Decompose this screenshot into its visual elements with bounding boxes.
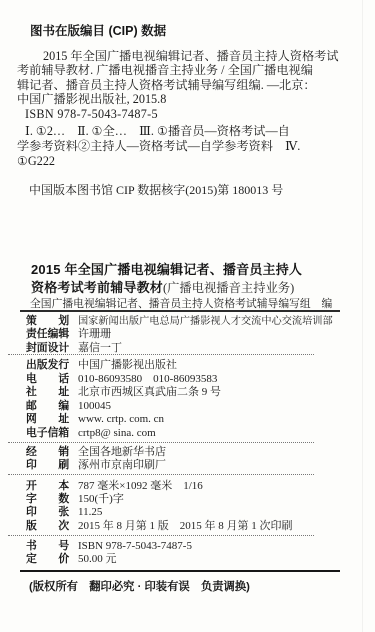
cip-description: 2015 年全国广播电视编辑记者、播音员主持人资格考试 考前辅导教材. 广播电视… — [17, 49, 349, 121]
credit-row-email: 电子信箱 crtp8@ sina. com — [26, 427, 356, 441]
cip-classification-line: ①G222 — [17, 154, 349, 169]
copyright-notice: (版权所有 翻印必究 · 印装有误 负责调换) — [29, 578, 250, 594]
credit-label: 封面设计 — [26, 342, 70, 355]
credit-row-price: 定 价 50.00 元 — [26, 553, 356, 566]
credit-row-publisher: 出版发行 中国广播影视出版社 — [26, 359, 356, 373]
credit-row-book-number: 书 号 ISBN 978-7-5043-7487-5 — [26, 540, 356, 553]
credit-label: 社 址 — [26, 386, 70, 400]
cip-description-line: 中国广播影视出版社, 2015.8 — [17, 92, 349, 106]
credit-value: 787 毫米×1092 毫米 1/16 — [78, 480, 203, 493]
cip-registry-number: 中国版本图书馆 CIP 数据核字(2015)第 180013 号 — [29, 181, 283, 198]
credit-value: 涿州市京南印刷厂 — [78, 459, 166, 472]
credit-row-postcode: 邮 编 100045 — [26, 400, 356, 414]
credit-value: 嘉信一丁 — [78, 342, 122, 355]
cip-heading: 图书在版编目 (CIP) 数据 — [30, 21, 166, 39]
credit-label: 定 价 — [26, 553, 70, 566]
copyright-page: 图书在版编目 (CIP) 数据 2015 年全国广播电视编辑记者、播音员主持人资… — [0, 0, 375, 632]
credit-value: crtp8@ sina. com — [78, 427, 156, 441]
credit-label: 策 划 — [26, 315, 70, 328]
credit-value: 010-86093580 010-86093583 — [78, 373, 217, 387]
credit-value: 国家新闻出版广电总局广播影视人才交流中心交流培训部 — [78, 315, 333, 328]
credits-group-publisher: 出版发行 中国广播影视出版社 电 话 010-86093580 010-8609… — [26, 359, 356, 440]
credit-value: www. crtp. com. cn — [78, 413, 164, 427]
cip-description-line: 2015 年全国广播电视编辑记者、播音员主持人资格考试 — [17, 49, 349, 63]
credit-row-editor: 责任编辑 许珊珊 — [26, 328, 356, 341]
credit-label: 责任编辑 — [26, 328, 70, 341]
credit-label: 邮 编 — [26, 400, 70, 414]
credit-row-sheets: 印 张 11.25 — [26, 506, 356, 519]
credit-row-word-count: 字 数 150(千)字 — [26, 493, 356, 506]
credit-value: 2015 年 8 月第 1 版 2015 年 8 月第 1 次印刷 — [78, 520, 293, 533]
credit-row-address: 社 址 北京市西城区真武庙二条 9 号 — [26, 386, 356, 400]
credit-value: 北京市西城区真武庙二条 9 号 — [78, 386, 221, 400]
credit-value: 50.00 元 — [78, 553, 117, 566]
credit-label: 出版发行 — [26, 359, 70, 373]
credits-group-staff: 策 划 国家新闻出版广电总局广播影视人才交流中心交流培训部 责任编辑 许珊珊 封… — [26, 315, 356, 355]
credit-row-format: 开 本 787 毫米×1092 毫米 1/16 — [26, 480, 356, 493]
credit-value: 100045 — [78, 400, 111, 414]
credit-row-cover-design: 封面设计 嘉信一丁 — [26, 342, 356, 355]
credit-label: 印 张 — [26, 506, 70, 519]
cip-classification: Ⅰ. ①2… Ⅱ. ①全… Ⅲ. ①播音员—资格考试—自 学参考资料②主持人—资… — [17, 124, 349, 168]
credit-label: 电子信箱 — [26, 427, 70, 441]
cip-classification-line: Ⅰ. ①2… Ⅱ. ①全… Ⅲ. ①播音员—资格考试—自 — [17, 124, 349, 139]
divider-solid-top — [20, 310, 340, 312]
book-title-main: 资格考试考前辅导教材 — [31, 280, 163, 295]
cip-description-line: 辑记者、播音员主持人资格考试辅导编写组编. —北京： — [17, 78, 349, 92]
credits-group-specs: 开 本 787 毫米×1092 毫米 1/16 字 数 150(千)字 印 张 … — [26, 480, 356, 533]
divider-dotted-2 — [8, 442, 314, 443]
credits-group-distribution: 经 销 全国各地新华书店 印 刷 涿州市京南印刷厂 — [26, 446, 356, 473]
divider-dotted-4 — [8, 535, 314, 536]
divider-solid-bottom — [20, 570, 340, 572]
credit-value: 中国广播影视出版社 — [78, 359, 177, 373]
divider-dotted-1 — [8, 354, 314, 355]
credit-row-phone: 电 话 010-86093580 010-86093583 — [26, 373, 356, 387]
credit-value: 许珊珊 — [78, 328, 111, 341]
credit-label: 版 次 — [26, 520, 70, 533]
credit-row-website: 网 址 www. crtp. com. cn — [26, 413, 356, 427]
credit-label: 字 数 — [26, 493, 70, 506]
divider-dotted-3 — [8, 474, 314, 475]
book-title-line-2: 资格考试考前辅导教材(广播电视播音主持业务) — [31, 277, 294, 296]
cip-description-line: 考前辅导教材. 广播电视播音主持业务 / 全国广播电视编 — [17, 63, 349, 77]
credit-row-edition: 版 次 2015 年 8 月第 1 版 2015 年 8 月第 1 次印刷 — [26, 520, 356, 533]
scan-edge-artifact — [362, 0, 363, 632]
book-title-subject: (广播电视播音主持业务) — [163, 281, 294, 295]
credit-label: 书 号 — [26, 540, 70, 553]
credit-value: 全国各地新华书店 — [78, 446, 166, 459]
credit-row-printing: 印 刷 涿州市京南印刷厂 — [26, 459, 356, 472]
credit-value: 11.25 — [78, 506, 102, 519]
credit-value: ISBN 978-7-5043-7487-5 — [78, 540, 192, 553]
book-title-line-1: 2015 年全国广播电视编辑记者、播音员主持人 — [31, 259, 302, 278]
cip-classification-line: 学参考资料②主持人—资格考试—自学参考资料 Ⅳ. — [17, 139, 349, 154]
credit-label: 开 本 — [26, 480, 70, 493]
credit-label: 网 址 — [26, 413, 70, 427]
credit-label: 印 刷 — [26, 459, 70, 472]
book-byline: 全国广播电视编辑记者、播音员主持人资格考试辅导编写组 编 — [30, 296, 332, 311]
credit-row-planning: 策 划 国家新闻出版广电总局广播影视人才交流中心交流培训部 — [26, 315, 356, 328]
credit-row-distribution: 经 销 全国各地新华书店 — [26, 446, 356, 459]
credit-value: 150(千)字 — [78, 493, 124, 506]
credits-group-isbn-price: 书 号 ISBN 978-7-5043-7487-5 定 价 50.00 元 — [26, 540, 356, 567]
credit-label: 经 销 — [26, 446, 70, 459]
credit-label: 电 话 — [26, 373, 70, 387]
cip-isbn-line: ISBN 978-7-5043-7487-5 — [17, 107, 349, 121]
